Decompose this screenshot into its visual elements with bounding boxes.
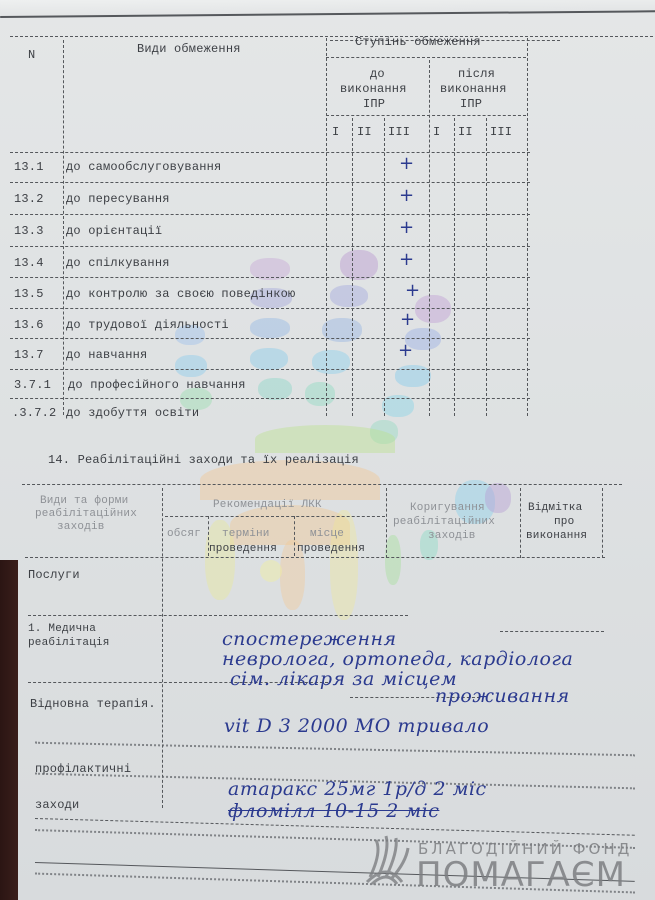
term-header-1: терміни bbox=[222, 528, 270, 540]
row-label: до контролю за своєю поведінкою bbox=[66, 287, 295, 301]
handwriting-line: vit D 3 2000 МО тривало bbox=[224, 715, 489, 737]
hand-logo-icon bbox=[362, 832, 412, 887]
row-number: .3.7.2 bbox=[12, 406, 56, 420]
kinds-header-3: заходів bbox=[57, 521, 105, 533]
handwriting-line: сім. лікаря за місцем bbox=[230, 668, 457, 690]
col-number-header: N bbox=[28, 48, 35, 62]
row-number: 13.3 bbox=[14, 224, 44, 238]
level-header: II bbox=[357, 125, 372, 139]
row-number: 3.7.1 bbox=[14, 378, 51, 392]
handwritten-plus-mark: + bbox=[405, 280, 420, 301]
before-ipr-header-3: ІПР bbox=[363, 97, 385, 111]
before-ipr-header-2: виконання bbox=[340, 82, 407, 96]
note-header-2: про bbox=[554, 516, 574, 528]
medical-rehab-label-1: 1. Медична bbox=[28, 623, 96, 635]
handwritten-plus-mark: + bbox=[399, 153, 414, 174]
handwritten-plus-mark: + bbox=[400, 309, 415, 330]
medical-rehab-label-2: реабілітація bbox=[28, 637, 110, 649]
row-number: 13.5 bbox=[14, 287, 44, 301]
handwriting-line-struck: фломілл 10-15 2 міс bbox=[228, 800, 439, 822]
handwriting-line: атаракс 25мг 1р/д 2 міс bbox=[228, 778, 487, 800]
row-number: 13.6 bbox=[14, 318, 44, 332]
row-label: до пересування bbox=[66, 192, 170, 206]
handwritten-plus-mark: + bbox=[399, 249, 414, 270]
note-header-3: виконання bbox=[526, 530, 587, 542]
services-label: Послуги bbox=[28, 568, 80, 582]
place-header-1: місце bbox=[310, 528, 344, 540]
kinds-header-1: Види та форми bbox=[40, 495, 128, 507]
row-number: 13.4 bbox=[14, 256, 44, 270]
restorative-therapy-label: Відновна терапія. bbox=[30, 697, 156, 711]
correction-header-3: заходів bbox=[428, 530, 476, 542]
note-header-1: Відмітка bbox=[528, 502, 582, 514]
row-label: до професійного навчання bbox=[68, 378, 246, 392]
handwriting-line: спостереження bbox=[222, 628, 397, 650]
handwritten-plus-mark: + bbox=[399, 185, 414, 206]
watermark-name: ПОМАГАЄМ bbox=[416, 855, 626, 895]
row-label: до самообслуговування bbox=[66, 160, 221, 174]
after-ipr-header-3: ІПР bbox=[460, 97, 482, 111]
place-header-2: проведення bbox=[297, 543, 365, 555]
row-label: до трудової діяльності bbox=[66, 318, 229, 332]
row-label: до орієнтації bbox=[66, 224, 162, 238]
level-header: III bbox=[388, 125, 410, 139]
before-ipr-header-1: до bbox=[370, 67, 385, 81]
col-types-header: Види обмеження bbox=[137, 42, 241, 56]
section-14-title: 14. Реабілітаційні заходи та їх реалізац… bbox=[48, 453, 359, 467]
row-label: до здобуття освіти bbox=[66, 406, 199, 420]
row-number: 13.1 bbox=[14, 160, 44, 174]
kinds-header-2: реабілітаційних bbox=[35, 508, 137, 520]
handwriting-line: невролога, ортопеда, кардіолога bbox=[222, 648, 573, 670]
after-ipr-header-2: виконання bbox=[440, 82, 507, 96]
handwritten-plus-mark: + bbox=[399, 217, 414, 238]
correction-header-1: Коригування bbox=[410, 502, 485, 514]
volume-header: обсяг bbox=[167, 528, 201, 540]
handwriting-line: проживання bbox=[435, 685, 570, 707]
row-number: 13.2 bbox=[14, 192, 44, 206]
scanned-page: N Види обмеження Ступінь обмеження до ви… bbox=[0, 0, 655, 900]
recommendations-header: Рекомендації ЛКК bbox=[213, 499, 322, 511]
measures-label: заходи bbox=[35, 798, 79, 812]
level-header: I bbox=[433, 125, 440, 139]
correction-header-2: реабілітаційних bbox=[393, 516, 495, 528]
row-number: 13.7 bbox=[14, 348, 44, 362]
row-label: до спілкування bbox=[66, 256, 170, 270]
after-ipr-header-1: після bbox=[458, 67, 495, 81]
col-degree-header: Ступінь обмеження bbox=[355, 35, 481, 49]
level-header: II bbox=[458, 125, 473, 139]
level-header: I bbox=[332, 125, 339, 139]
level-header: III bbox=[490, 125, 512, 139]
page-left-shadow bbox=[0, 560, 18, 900]
term-header-2: проведення bbox=[209, 543, 277, 555]
handwritten-plus-mark: + bbox=[398, 340, 413, 361]
row-label: до навчання bbox=[66, 348, 147, 362]
page-top-edge bbox=[0, 0, 655, 18]
